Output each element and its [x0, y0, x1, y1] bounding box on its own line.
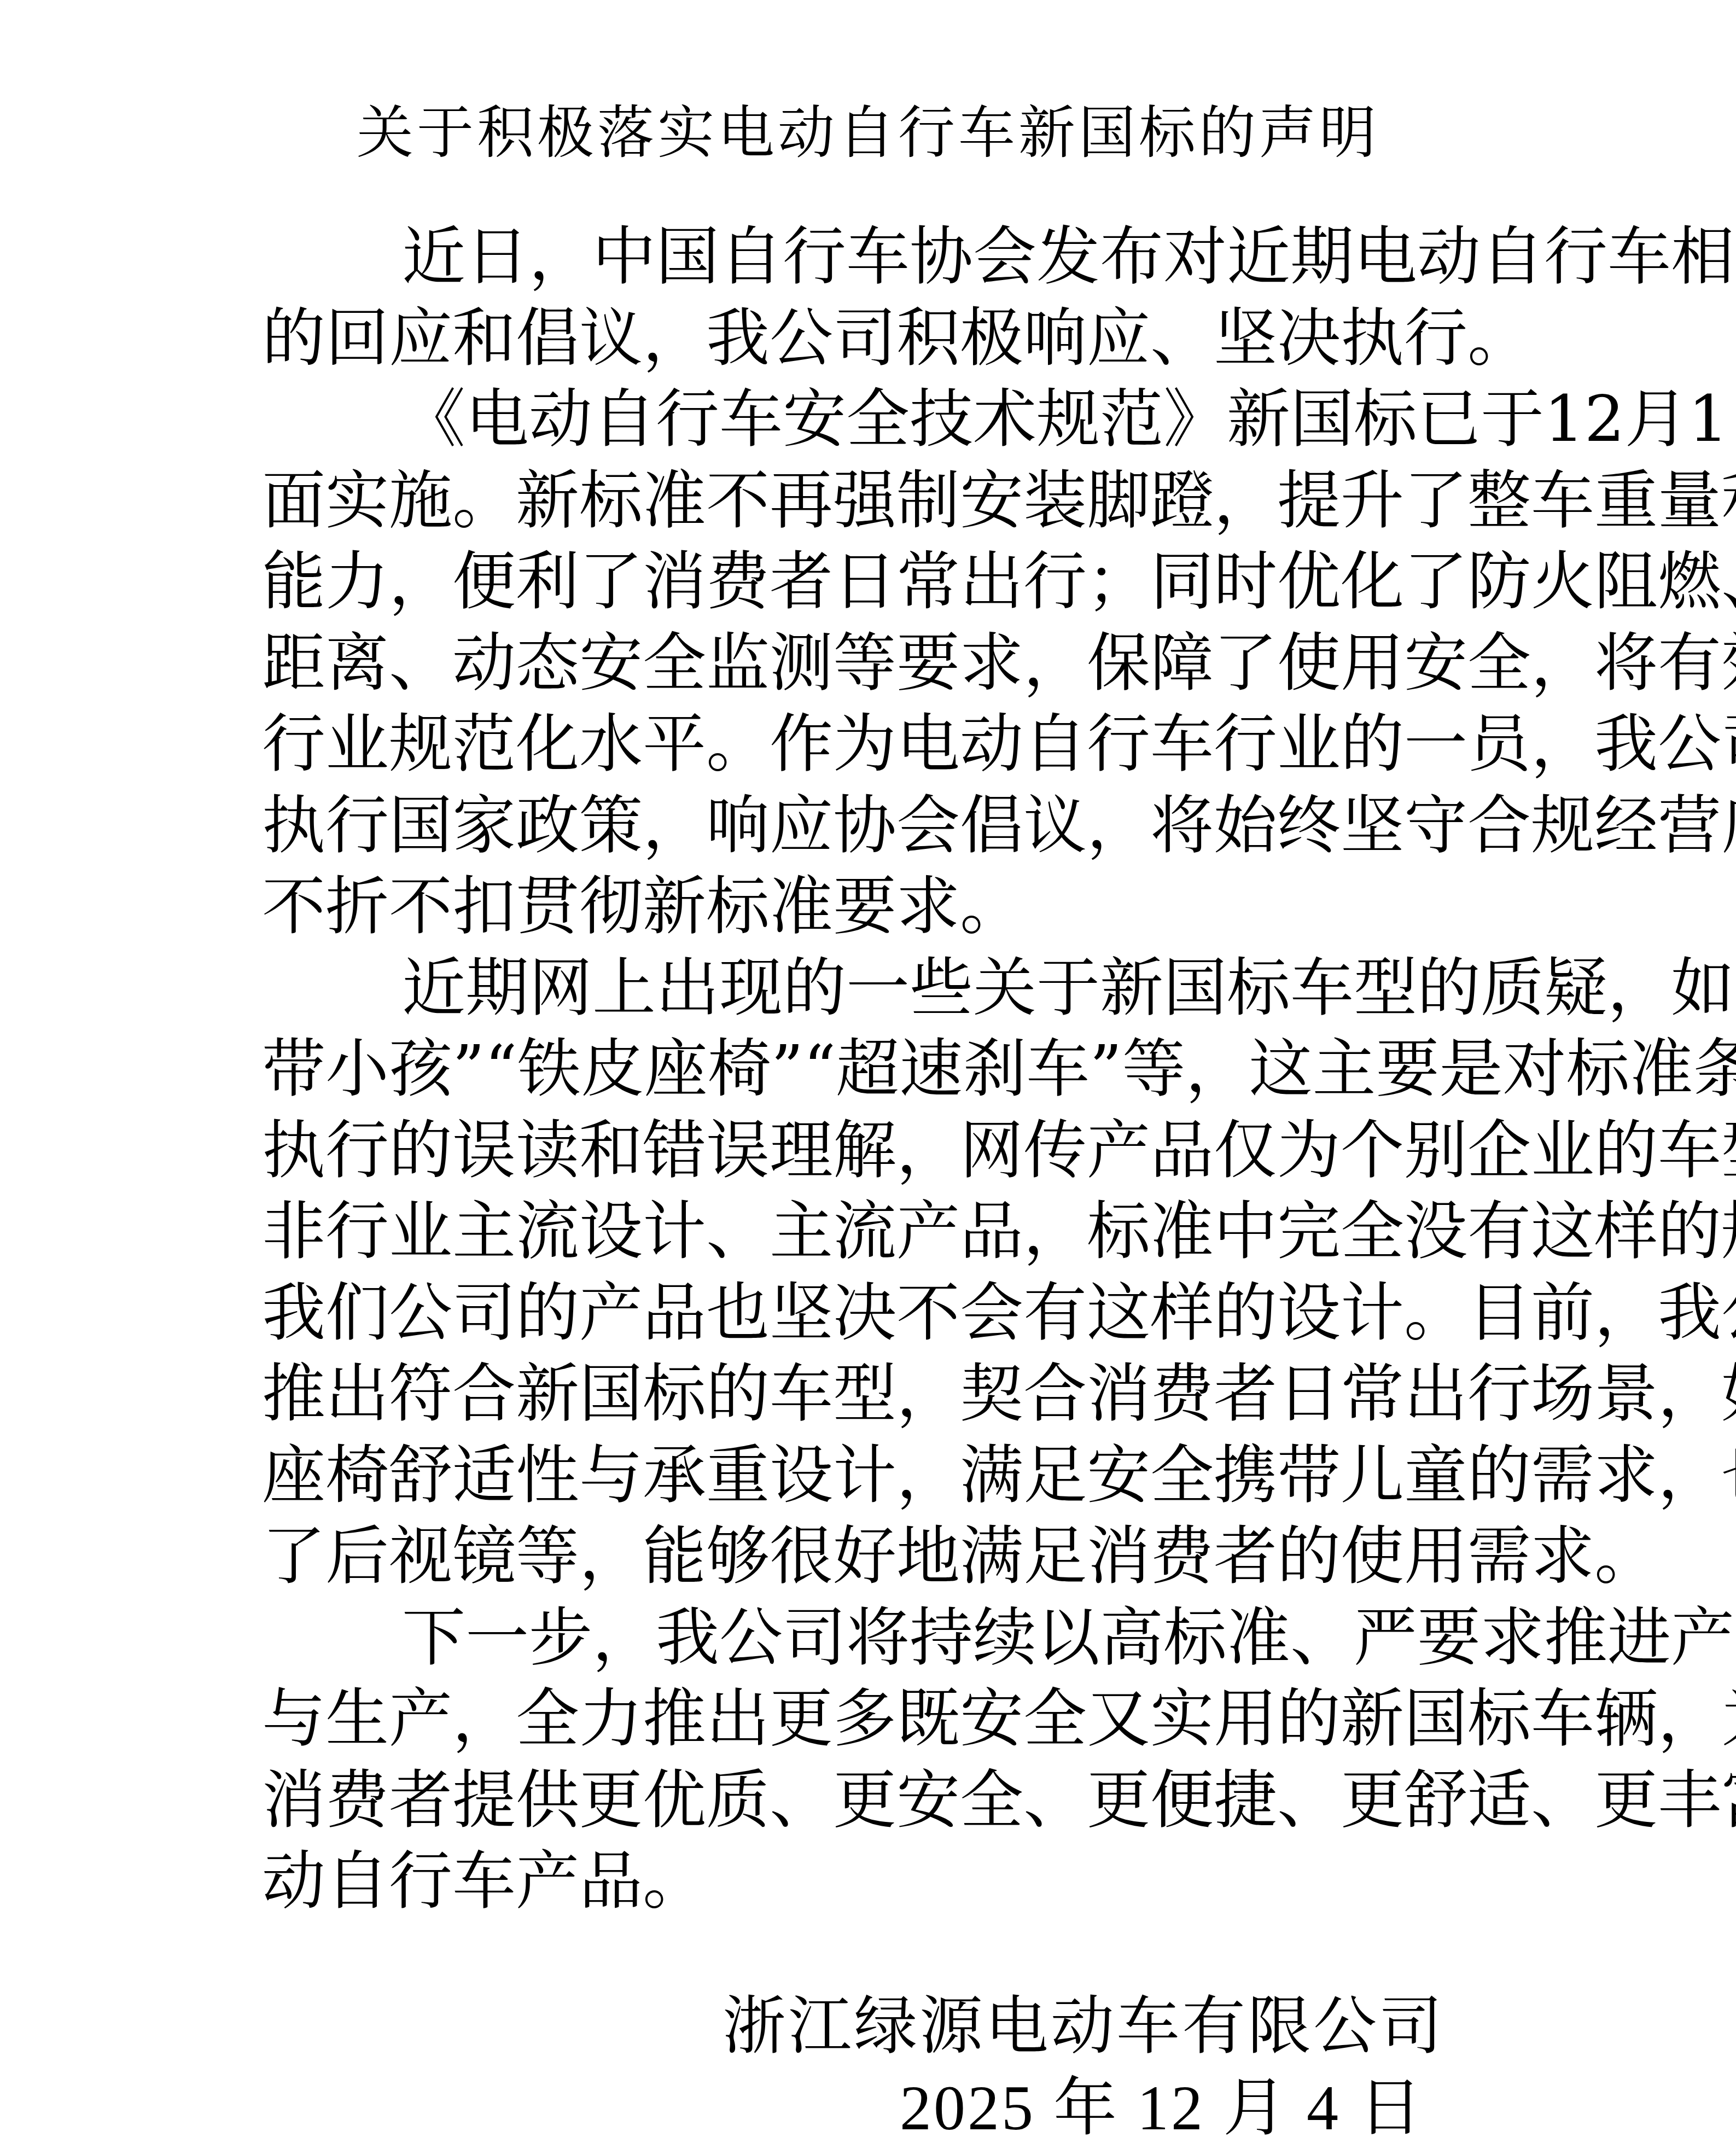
text-line: 《电动自行车安全技术规范》新国标已于12月1日全: [262, 384, 1455, 465]
text-line: 消费者提供更优质、更安全、更便捷、更舒适、更丰富的电: [262, 1765, 1455, 1847]
text-line: 执行国家政策，响应协会倡议，将始终坚守合规经营底线，: [262, 790, 1455, 872]
text-line: 我们公司的产品也坚决不会有这样的设计。目前，我公司已: [262, 1278, 1455, 1359]
text-line: 行业规范化水平。作为电动自行车行业的一员，我公司坚决: [262, 709, 1455, 790]
document-body: 近日，中国自行车协会发布对近期电动自行车相关问题 的回应和倡议，我公司积极响应、…: [262, 222, 1455, 1927]
text-line: 执行的误读和错误理解，网传产品仅为个别企业的车型，并: [262, 1115, 1455, 1197]
text-line: 非行业主流设计、主流产品，标准中完全没有这样的规定，: [262, 1196, 1455, 1278]
text-line: 能力，便利了消费者日常出行；同时优化了防火阻燃、刹车: [262, 546, 1455, 628]
document-title: 关于积极落实电动自行车新国标的声明: [0, 97, 1736, 168]
text-line: 的回应和倡议，我公司积极响应、坚决执行。: [262, 303, 1455, 385]
text-line: 下一步，我公司将持续以高标准、严要求推进产品研发: [262, 1603, 1455, 1684]
text-line: 距离、动态安全监测等要求，保障了使用安全，将有效提升: [262, 628, 1455, 709]
text-line: 近日，中国自行车协会发布对近期电动自行车相关问题: [262, 222, 1455, 303]
text-line: 了后视镜等，能够很好地满足消费者的使用需求。: [262, 1521, 1455, 1603]
text-line: 座椅舒适性与承重设计，满足安全携带儿童的需求，也安装: [262, 1440, 1455, 1522]
text-line: 近期网上出现的一些关于新国标车型的质疑，如“不能: [262, 953, 1455, 1034]
text-line: 不折不扣贯彻新标准要求。: [262, 871, 1455, 953]
signature-date: 2025 年 12 月 4 日: [900, 2073, 1424, 2144]
text-line: 推出符合新国标的车型，契合消费者日常出行场景，如优化: [262, 1359, 1455, 1440]
text-line: 带小孩”“铁皮座椅”“超速刹车”等，这主要是对标准条款: [262, 1034, 1455, 1115]
text-line: 动自行车产品。: [262, 1846, 1455, 1927]
text-line: 与生产，全力推出更多既安全又实用的新国标车辆，为广大: [262, 1684, 1455, 1765]
signature-company: 浙江绿源电动车有限公司: [723, 1991, 1444, 2062]
text-line: 面实施。新标准不再强制安装脚蹬，提升了整车重量和续航: [262, 465, 1455, 547]
